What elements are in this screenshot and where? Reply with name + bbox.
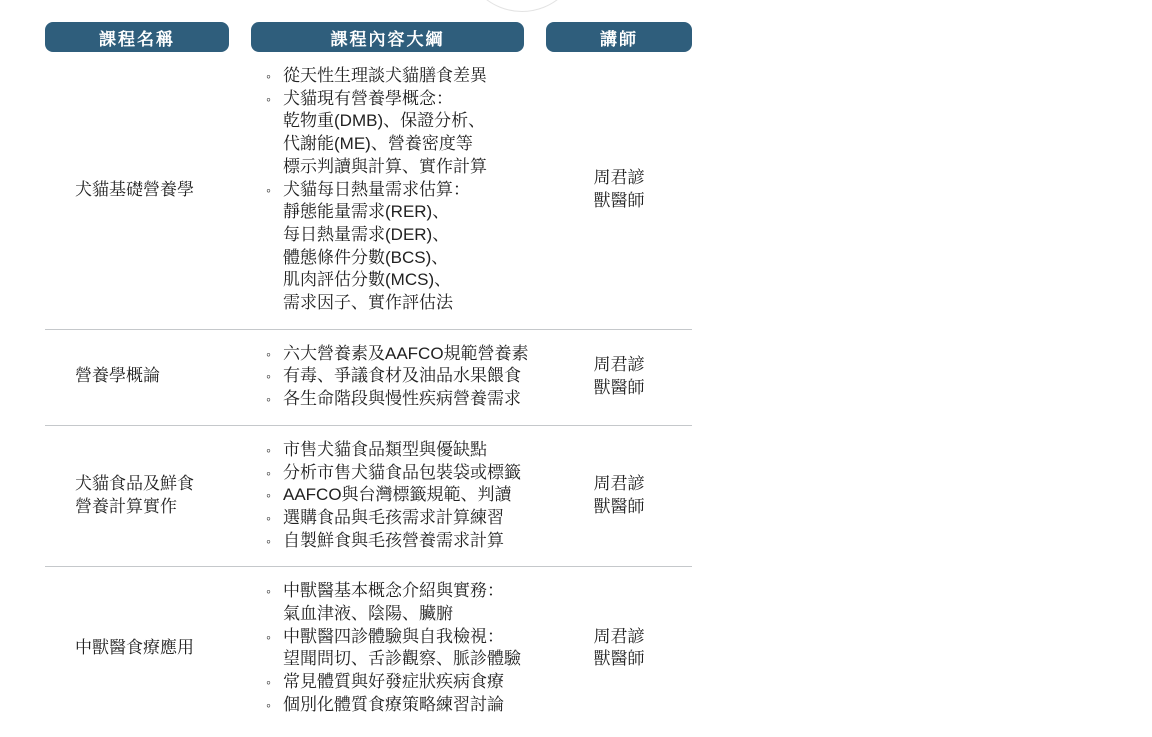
table-row: 犬貓食品及鮮食營養計算實作 ◦市售犬貓食品類型與優缺點◦分析市售犬貓食品包裝袋或… [45, 426, 692, 568]
outline-text: 自製鮮食與毛孩營養需求計算 [283, 530, 504, 553]
outline-item-continuation: 每日熱量需求(DER)、 [266, 224, 524, 247]
outline-text: 需求因子、實作評估法 [283, 293, 453, 312]
outline-text: 個別化體質食療策略練習討論 [283, 694, 504, 717]
outline-text: 望聞問切、舌診觀察、脈診體驗 [283, 649, 521, 668]
outline-item-continuation: 代謝能(ME)、營養密度等 [266, 133, 524, 156]
course-name-cell: 營養學概論 [45, 343, 229, 411]
course-name-line: 犬貓基礎營養學 [75, 179, 229, 202]
outline-text: 代謝能(ME)、營養密度等 [283, 134, 473, 153]
outline-text: 氣血津液、陰陽、臟腑 [283, 604, 453, 623]
outline-item: ◦犬貓每日熱量需求估算： [266, 179, 524, 202]
course-name-line: 中獸醫食療應用 [75, 637, 229, 660]
bullet-icon: ◦ [266, 388, 283, 411]
outline-item: ◦中獸醫四診體驗與自我檢視： [266, 626, 524, 649]
outline-text: 市售犬貓食品類型與優缺點 [283, 439, 487, 462]
outline-item: ◦從天性生理談犬貓膳食差異 [266, 65, 524, 88]
outline-text: 中獸醫四診體驗與自我檢視： [283, 626, 504, 649]
bullet-icon: ◦ [266, 462, 283, 485]
outline-text: 體態條件分數(BCS)、 [283, 248, 448, 267]
outline-text: 各生命階段與慢性疾病營養需求 [283, 388, 521, 411]
instructor-line: 周君諺 [594, 354, 645, 377]
course-outline-cell: ◦中獸醫基本概念介紹與實務：氣血津液、陰陽、臟腑◦中獸醫四診體驗與自我檢視：望聞… [251, 580, 524, 716]
course-name-cell: 中獸醫食療應用 [45, 580, 229, 716]
instructor-cell: 周君諺獸醫師 [546, 343, 692, 411]
course-name-cell: 犬貓基礎營養學 [45, 65, 229, 315]
bullet-icon: ◦ [266, 484, 283, 507]
outline-item: ◦AAFCO與台灣標籤規範、判讀 [266, 484, 524, 507]
table-row: 營養學概論 ◦六大營養素及AAFCO規範營養素◦有毒、爭議食材及油品水果餵食◦各… [45, 330, 692, 426]
bullet-icon: ◦ [266, 671, 283, 694]
instructor-cell: 周君諺獸醫師 [546, 439, 692, 553]
course-table: 課程名稱 課程內容大綱 講師 犬貓基礎營養學 ◦從天性生理談犬貓膳食差異◦犬貓現… [45, 22, 692, 731]
outline-text: 犬貓現有營養學概念： [283, 88, 453, 111]
outline-item-continuation: 肌肉評估分數(MCS)、 [266, 269, 524, 292]
bullet-icon: ◦ [266, 507, 283, 530]
outline-text: 選購食品與毛孩需求計算練習 [283, 507, 504, 530]
outline-item-continuation: 望聞問切、舌診觀察、脈診體驗 [266, 648, 524, 671]
outline-item-continuation: 氣血津液、陰陽、臟腑 [266, 603, 524, 626]
instructor-line: 周君諺 [594, 167, 645, 190]
course-outline-cell: ◦六大營養素及AAFCO規範營養素◦有毒、爭議食材及油品水果餵食◦各生命階段與慢… [251, 343, 524, 411]
header-course-name: 課程名稱 [45, 22, 229, 52]
outline-item: ◦各生命階段與慢性疾病營養需求 [266, 388, 524, 411]
bullet-icon: ◦ [266, 694, 283, 717]
bullet-icon: ◦ [266, 88, 283, 111]
outline-text: 分析市售犬貓食品包裝袋或標籤 [283, 462, 521, 485]
course-name-line: 犬貓食品及鮮食 [75, 473, 229, 496]
bullet-icon: ◦ [266, 179, 283, 202]
course-name-cell: 犬貓食品及鮮食營養計算實作 [45, 439, 229, 553]
outline-text: 常見體質與好發症狀疾病食療 [283, 671, 504, 694]
decorative-circle-arc [463, 0, 581, 12]
bullet-icon: ◦ [266, 365, 283, 388]
header-course-outline: 課程內容大綱 [251, 22, 524, 52]
outline-text: 靜態能量需求(RER)、 [283, 202, 449, 221]
outline-item: ◦犬貓現有營養學概念： [266, 88, 524, 111]
outline-item: ◦中獸醫基本概念介紹與實務： [266, 580, 524, 603]
instructor-cell: 周君諺獸醫師 [546, 580, 692, 716]
outline-item-continuation: 乾物重(DMB)、保證分析、 [266, 110, 524, 133]
outline-item: ◦市售犬貓食品類型與優缺點 [266, 439, 524, 462]
outline-text: 犬貓每日熱量需求估算： [283, 179, 470, 202]
table-row: 中獸醫食療應用 ◦中獸醫基本概念介紹與實務：氣血津液、陰陽、臟腑◦中獸醫四診體驗… [45, 567, 692, 730]
outline-item: ◦自製鮮食與毛孩營養需求計算 [266, 530, 524, 553]
instructor-line: 獸醫師 [594, 496, 645, 519]
table-body: 犬貓基礎營養學 ◦從天性生理談犬貓膳食差異◦犬貓現有營養學概念：乾物重(DMB)… [45, 52, 692, 731]
instructor-line: 獸醫師 [594, 190, 645, 213]
outline-text: AAFCO與台灣標籤規範、判讀 [283, 484, 512, 507]
course-name-line: 營養計算實作 [75, 496, 229, 519]
course-outline-cell: ◦從天性生理談犬貓膳食差異◦犬貓現有營養學概念：乾物重(DMB)、保證分析、代謝… [251, 65, 524, 315]
course-outline-cell: ◦市售犬貓食品類型與優缺點◦分析市售犬貓食品包裝袋或標籤◦AAFCO與台灣標籤規… [251, 439, 524, 553]
outline-item: ◦個別化體質食療策略練習討論 [266, 694, 524, 717]
table-header: 課程名稱 課程內容大綱 講師 [45, 22, 692, 52]
outline-item-continuation: 需求因子、實作評估法 [266, 292, 524, 315]
instructor-line: 獸醫師 [594, 377, 645, 400]
instructor-line: 周君諺 [594, 473, 645, 496]
outline-text: 中獸醫基本概念介紹與實務： [283, 580, 504, 603]
outline-text: 標示判讀與計算、實作計算 [283, 157, 487, 176]
outline-text: 從天性生理談犬貓膳食差異 [283, 65, 487, 88]
bullet-icon: ◦ [266, 530, 283, 553]
bullet-icon: ◦ [266, 580, 283, 603]
outline-text: 肌肉評估分數(MCS)、 [283, 270, 451, 289]
outline-item-continuation: 靜態能量需求(RER)、 [266, 201, 524, 224]
instructor-cell: 周君諺獸醫師 [546, 65, 692, 315]
page: { "colors": { "header_pill_bg": "#2f5e7c… [0, 0, 1152, 737]
outline-item: ◦有毒、爭議食材及油品水果餵食 [266, 365, 524, 388]
bullet-icon: ◦ [266, 343, 283, 366]
header-instructor: 講師 [546, 22, 692, 52]
outline-item: ◦選購食品與毛孩需求計算練習 [266, 507, 524, 530]
outline-item-continuation: 體態條件分數(BCS)、 [266, 247, 524, 270]
outline-item-continuation: 標示判讀與計算、實作計算 [266, 156, 524, 179]
outline-item: ◦分析市售犬貓食品包裝袋或標籤 [266, 462, 524, 485]
course-name-line: 營養學概論 [75, 365, 229, 388]
bullet-icon: ◦ [266, 626, 283, 649]
outline-text: 六大營養素及AAFCO規範營養素 [283, 343, 529, 366]
outline-text: 有毒、爭議食材及油品水果餵食 [283, 365, 521, 388]
bullet-icon: ◦ [266, 439, 283, 462]
instructor-line: 周君諺 [594, 626, 645, 649]
instructor-line: 獸醫師 [594, 648, 645, 671]
outline-item: ◦六大營養素及AAFCO規範營養素 [266, 343, 524, 366]
outline-item: ◦常見體質與好發症狀疾病食療 [266, 671, 524, 694]
bullet-icon: ◦ [266, 65, 283, 88]
outline-text: 乾物重(DMB)、保證分析、 [283, 111, 485, 130]
outline-text: 每日熱量需求(DER)、 [283, 225, 449, 244]
table-row: 犬貓基礎營養學 ◦從天性生理談犬貓膳食差異◦犬貓現有營養學概念：乾物重(DMB)… [45, 52, 692, 330]
